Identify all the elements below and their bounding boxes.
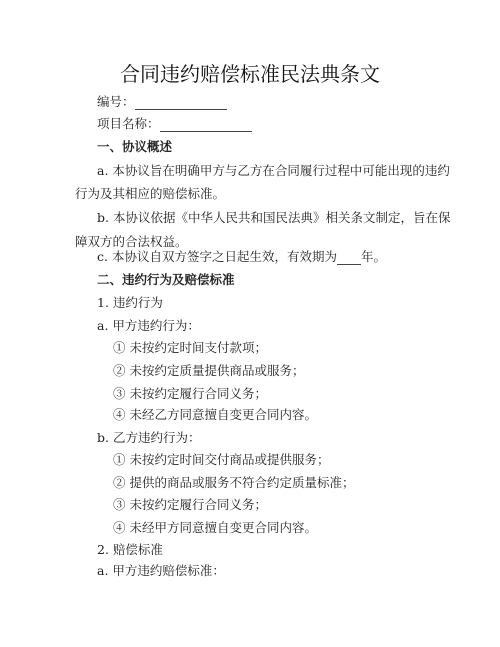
section2-heading: 二、违约行为及赔偿标准 (97, 272, 235, 288)
section1-item-b-line2: 障双方的合法权益。 (75, 234, 188, 250)
section1-item-b-line1: b. 本协议依据《中华人民共和国民法典》相关条文制定，旨在保 (97, 210, 450, 226)
section1-item-c-suffix: 年。 (361, 249, 386, 264)
project-name-blank (160, 119, 252, 132)
party-a-breach-item: ① 未按约定时间支付款项； (113, 340, 267, 356)
section1-heading: 一、协议概述 (97, 139, 172, 155)
section1-item-a-line1: a. 本协议旨在明确甲方与乙方在合同履行过程中可能出现的违约 (97, 163, 450, 179)
section1-item-c: c. 本协议自双方签字之日起生效，有效期为年。 (97, 249, 386, 265)
party-b-breach-heading: b. 乙方违约行为： (97, 430, 200, 446)
party-a-breach-item: ② 未按约定质量提供商品或服务； (113, 363, 304, 379)
party-a-breach-heading: a. 甲方违约行为： (97, 318, 200, 334)
number-field: 编号： (97, 94, 227, 110)
party-b-breach-item: ③ 未按约定履行合同义务； (113, 497, 267, 513)
section2-sub1: 1. 违约行为 (97, 295, 163, 311)
section1-item-a-line2: 行为及其相应的赔偿标准。 (75, 186, 225, 202)
number-blank (135, 97, 227, 110)
document-title: 合同违约赔偿标准民法典条文 (0, 58, 500, 87)
number-label: 编号： (97, 94, 135, 109)
section1-item-c-text: c. 本协议自双方签字之日起生效，有效期为 (97, 249, 337, 264)
project-name-field: 项目名称： (97, 116, 252, 132)
party-b-breach-item: ① 未按约定时间交付商品或提供服务； (113, 452, 329, 468)
validity-years-blank (337, 252, 361, 265)
party-b-breach-item: ② 提供的商品或服务不符合约定质量标准； (113, 475, 354, 491)
party-a-compensation-heading: a. 甲方违约赔偿标准： (97, 563, 225, 579)
project-name-label: 项目名称： (97, 116, 160, 131)
party-a-breach-item: ③ 未按约定履行合同义务； (113, 386, 267, 402)
party-a-breach-item: ④ 未经乙方同意擅自变更合同内容。 (113, 407, 317, 423)
section2-sub2: 2. 赔偿标准 (97, 542, 163, 558)
party-b-breach-item: ④ 未经甲方同意擅自变更合同内容。 (113, 520, 317, 536)
